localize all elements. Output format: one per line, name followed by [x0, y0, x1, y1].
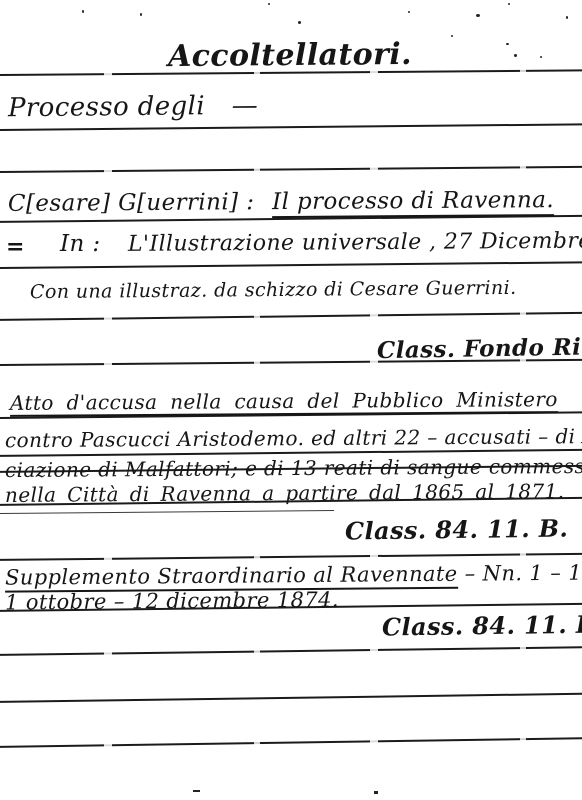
entry1-note: Con una illustraz. da schizzo di Cesare …	[30, 279, 517, 303]
ink-speck	[508, 3, 510, 5]
subject-label: Processo degli	[8, 91, 205, 123]
subject-blank: —	[232, 91, 259, 121]
entry3-line1: Supplemento Straordinario al Ravennate –…	[5, 561, 582, 588]
entry3-line2: 1 ottobre – 12 dicembre 1874.	[5, 589, 339, 614]
ink-speck	[566, 16, 568, 19]
entry3-title-rest: – Nn. 1 – 137,	[465, 560, 582, 585]
entry2-line3: ciazione di Malfattori; e di 13 reati di…	[5, 456, 582, 481]
ruled-line	[0, 553, 582, 561]
ruled-line	[0, 312, 582, 321]
ink-speck	[514, 54, 517, 57]
entry2-line1: Atto d'accusa nella causa del Pubblico M…	[10, 389, 558, 417]
ink-speck	[268, 3, 270, 5]
ink-speck	[298, 21, 301, 24]
entry1-classification: Class. Fondo Ricca	[377, 335, 582, 363]
entry1-in-label: In :	[60, 232, 101, 256]
ink-speck	[408, 11, 410, 13]
ruled-line	[0, 123, 582, 131]
ruled-line	[0, 261, 582, 269]
entry1-source: L'Illustrazione universale , 27 Dicembre…	[128, 229, 582, 256]
entry2-classification: Class. 84. 11. B.	[345, 515, 569, 543]
ink-speck	[140, 13, 142, 16]
ink-mark	[193, 790, 200, 792]
ruled-line	[0, 646, 582, 656]
ink-speck	[82, 10, 84, 13]
ink-speck	[540, 56, 542, 58]
entry1-title-line: C[esare] G[uerrini] : Il processo di Rav…	[8, 188, 554, 216]
entry3-classification: Class. 84. 11. B.	[382, 611, 582, 639]
entry2-line2: contro Pascucci Aristodemo. ed altri 22 …	[5, 426, 582, 451]
ruled-line	[0, 693, 582, 703]
ruled-line	[0, 166, 582, 173]
ink-speck	[451, 35, 453, 37]
ink-mark	[374, 791, 378, 794]
entry2-line4: nella Città di Ravenna a partire dal 186…	[5, 481, 565, 506]
ink-speck	[476, 14, 480, 17]
entry1-author: C[esare] G[uerrini] :	[8, 189, 254, 217]
subject-line: Processo degli —	[8, 93, 258, 123]
ink-speck	[506, 43, 509, 45]
ruled-line	[0, 510, 334, 514]
scanned-catalog-card: Accoltellatori. Processo degli — C[esare…	[0, 0, 582, 800]
entry1-title: Il processo di Ravenna.	[272, 187, 554, 218]
entry1-in-marker: =	[6, 236, 25, 259]
ruled-line	[0, 737, 582, 748]
card-heading: Accoltellatori.	[168, 39, 412, 73]
